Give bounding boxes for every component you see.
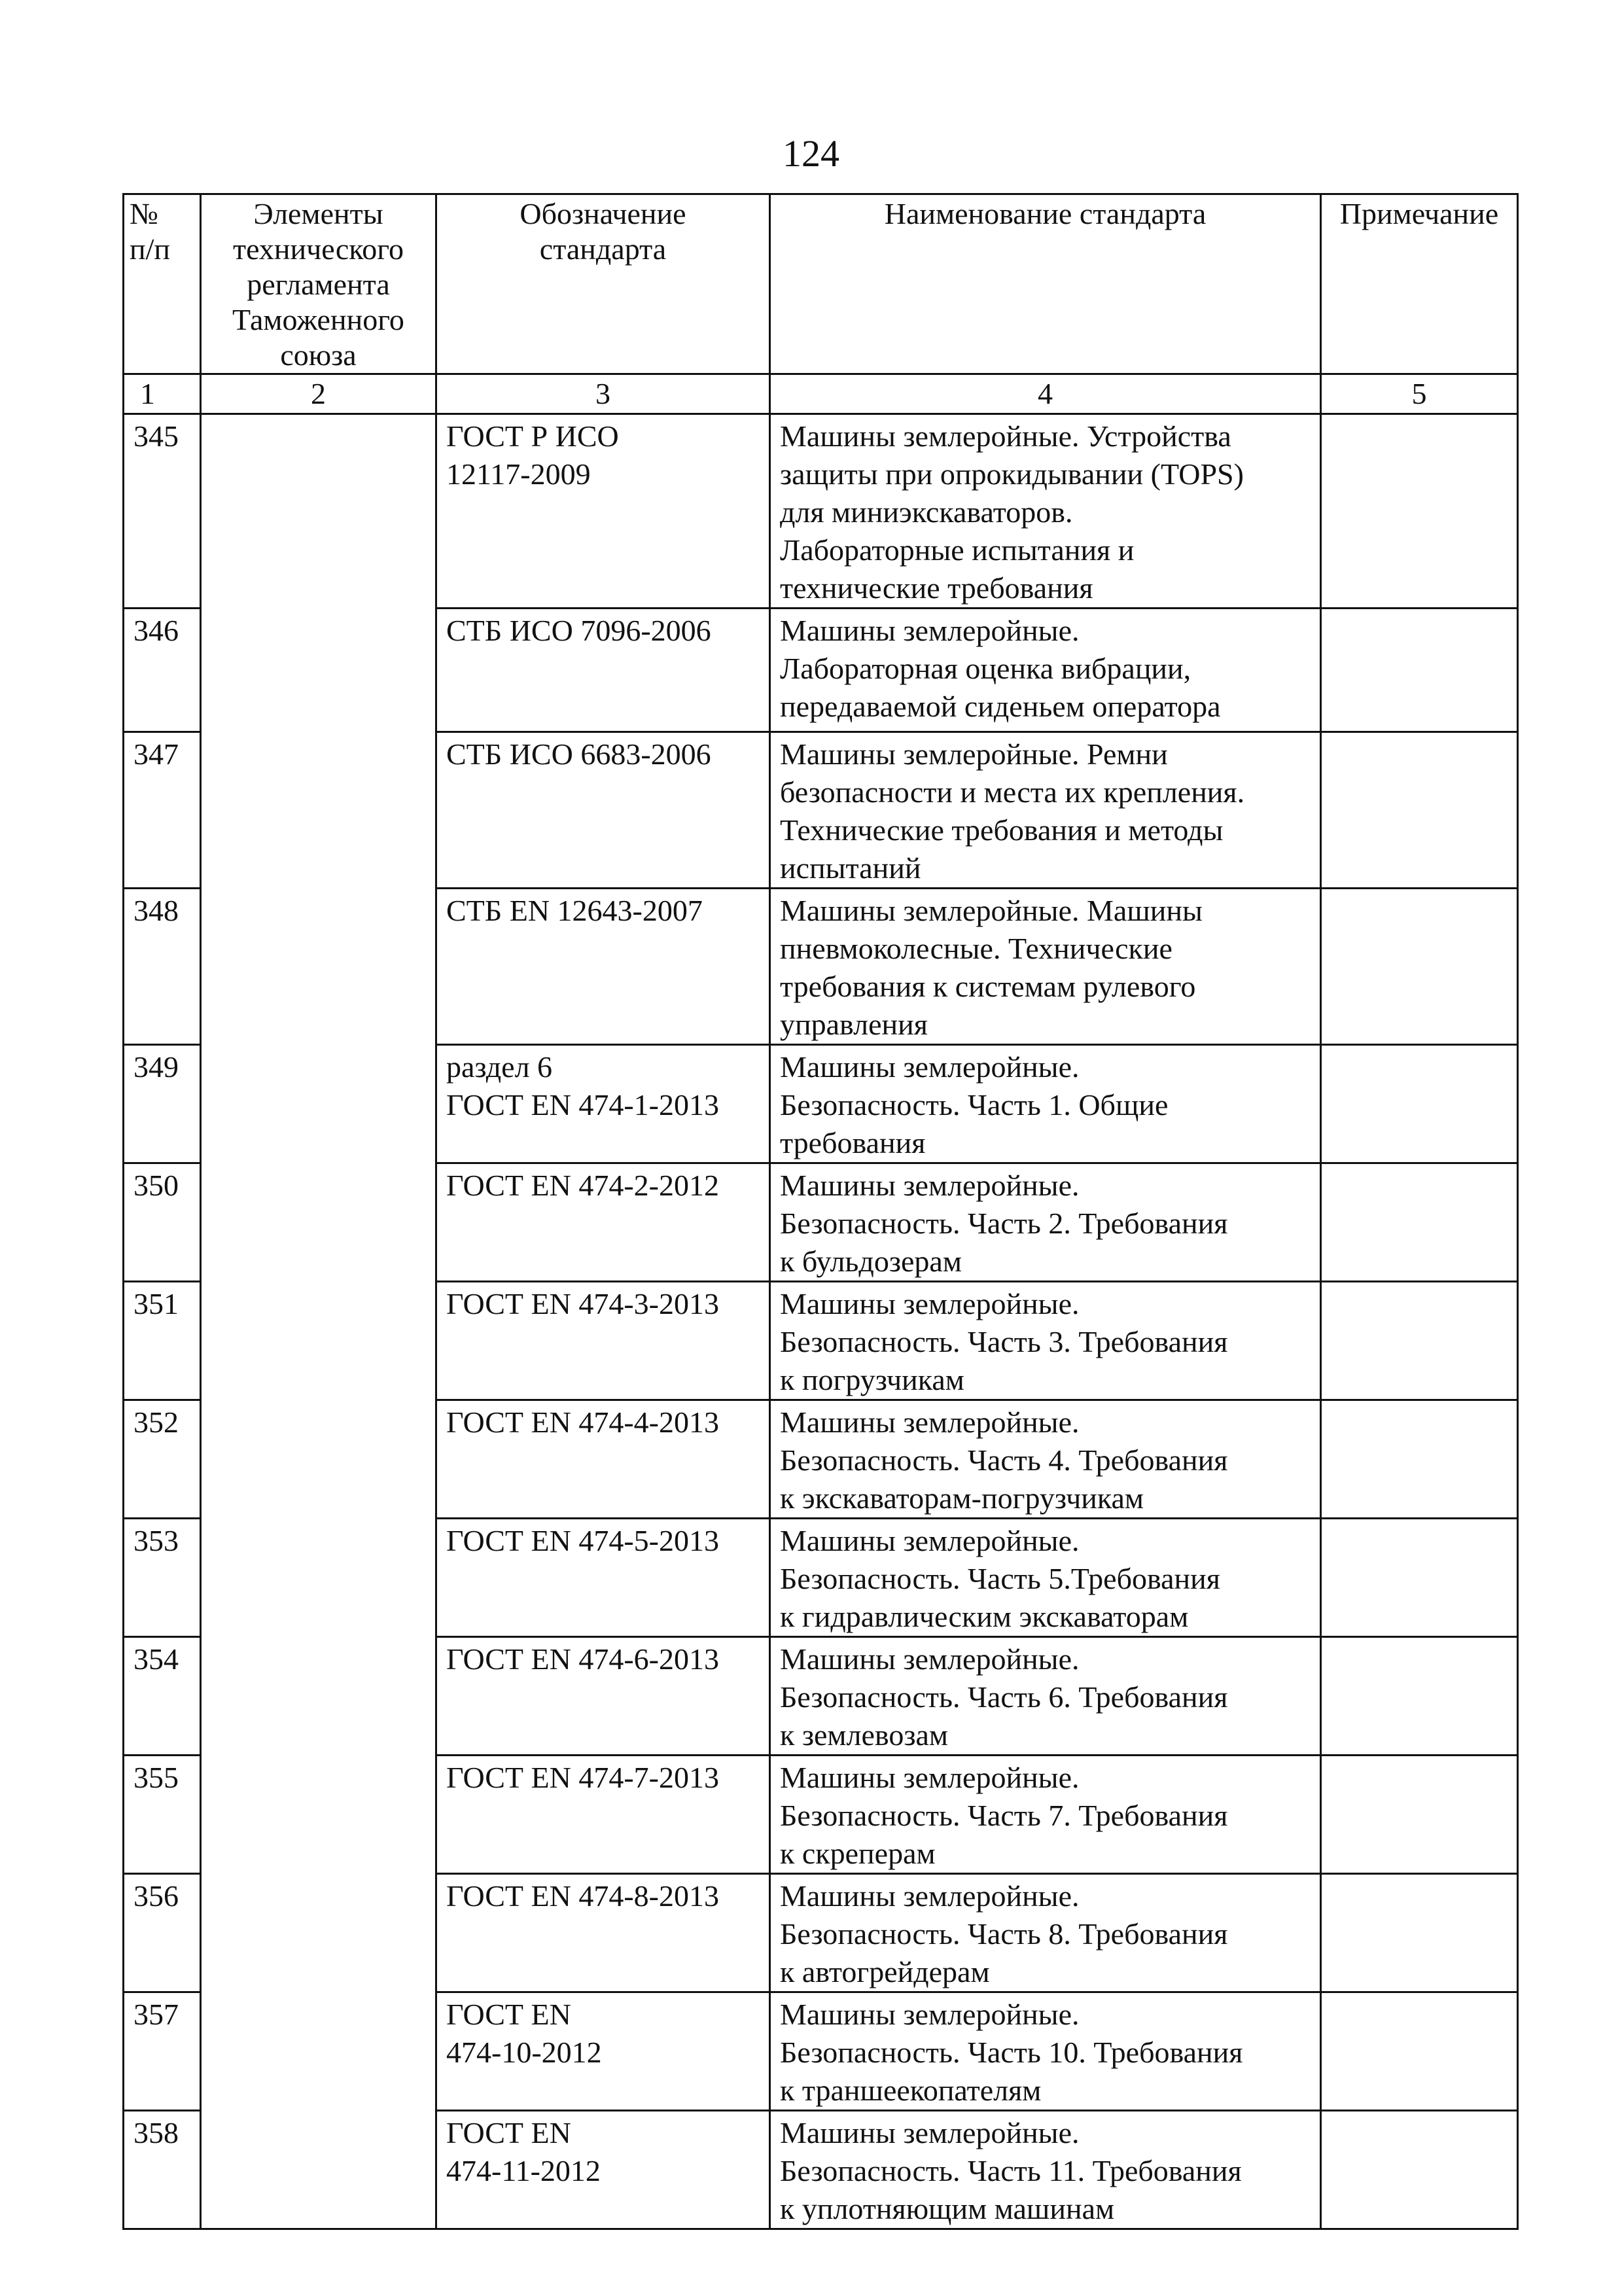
row-number: 351 [124,1282,201,1400]
text-line: Безопасность. Часть 1. Общие [780,1086,1311,1124]
standard-name: Машины землеройные.Безопасность. Часть 3… [770,1282,1321,1400]
column-number: 5 [1321,374,1518,414]
text-line: раздел 6 [446,1048,760,1086]
standard-name: Машины землеройные.Безопасность. Часть 1… [770,2111,1321,2229]
header-standard-name: Наименование стандарта [770,194,1321,374]
text-line: передаваемой сиденьем оператора [780,688,1311,726]
text-line: технические требования [780,569,1311,607]
text-line: пневмоколесные. Технические [780,930,1311,968]
note-cell [1321,1874,1518,1992]
text-line: к гидравлическим экскаваторам [780,1598,1311,1636]
note-cell [1321,1163,1518,1282]
text-line: Лабораторная оценка вибрации, [780,650,1311,688]
text-line: ГОСТ EN 474-3-2013 [446,1285,760,1323]
text-line: технического [211,232,426,267]
text-line: № [130,196,190,232]
text-line: ГОСТ EN 474-1-2013 [446,1086,760,1124]
text-line: управления [780,1006,1311,1044]
text-line: требования к системам рулевого [780,968,1311,1006]
text-line: Таможенного [211,302,426,338]
text-line: ГОСТ EN 474-2-2012 [446,1167,760,1205]
text-line: Машины землеройные. Устройства [780,417,1311,455]
text-line: ГОСТ Р ИСО [446,417,760,455]
standard-name: Машины землеройные. Ремнибезопасности и … [770,732,1321,889]
standard-designation: ГОСТ EN 474-3-2013 [436,1282,770,1400]
standard-designation: ГОСТ EN 474-4-2013 [436,1400,770,1519]
standard-designation: ГОСТ Р ИСО12117-2009 [436,414,770,609]
text-line: Машины землеройные. [780,1522,1311,1560]
column-number: 3 [436,374,770,414]
row-number: 356 [124,1874,201,1992]
text-line: ГОСТ EN [446,1996,760,2034]
text-line: защиты при опрокидывании (TOPS) [780,455,1311,493]
text-line: союза [211,338,426,373]
text-line: Машины землеройные. Ремни [780,735,1311,773]
text-line: Наименование стандарта [780,196,1311,232]
text-line: 474-10-2012 [446,2034,760,2072]
standard-name: Машины землеройные.Безопасность. Часть 5… [770,1519,1321,1637]
text-line: ГОСТ EN 474-6-2013 [446,1640,760,1678]
row-number: 350 [124,1163,201,1282]
row-number: 354 [124,1637,201,1756]
note-cell [1321,1400,1518,1519]
page-number: 124 [0,131,1622,177]
note-cell [1321,1282,1518,1400]
column-number: 2 [201,374,436,414]
text-line: СТБ EN 12643-2007 [446,892,760,930]
note-cell [1321,414,1518,609]
text-line: Безопасность. Часть 10. Требования [780,2034,1311,2072]
text-line: Машины землеройные. [780,1996,1311,2034]
standard-designation: ГОСТ EN 474-5-2013 [436,1519,770,1637]
standards-table: №п/п ЭлементытехническогорегламентаТамож… [122,193,1519,2230]
text-line: Безопасность. Часть 8. Требования [780,1915,1311,1953]
row-number: 355 [124,1756,201,1874]
standard-name: Машины землеройные.Безопасность. Часть 4… [770,1400,1321,1519]
standard-name: Машины землеройные.Безопасность. Часть 6… [770,1637,1321,1756]
note-cell [1321,1519,1518,1637]
text-line: к скреперам [780,1835,1311,1873]
table-body: 345ГОСТ Р ИСО12117-2009Машины землеройны… [124,414,1518,2229]
row-number: 348 [124,889,201,1045]
text-line: стандарта [446,232,760,267]
text-line: Безопасность. Часть 5.Требования [780,1560,1311,1598]
text-line: к бульдозерам [780,1243,1311,1280]
standard-designation: раздел 6ГОСТ EN 474-1-2013 [436,1045,770,1163]
text-line: СТБ ИСО 6683-2006 [446,735,760,773]
standard-designation: СТБ ИСО 7096-2006 [436,609,770,732]
text-line: к уплотняющим машинам [780,2190,1311,2228]
text-line: Безопасность. Часть 3. Требования [780,1323,1311,1361]
column-number: 1 [124,374,201,414]
note-cell [1321,1992,1518,2111]
standard-designation: ГОСТ EN 474-7-2013 [436,1756,770,1874]
text-line: Машины землеройные. [780,1167,1311,1205]
text-line: безопасности и места их крепления. [780,773,1311,811]
text-line: к землевозам [780,1716,1311,1754]
row-number: 358 [124,2111,201,2229]
text-line: ГОСТ EN 474-5-2013 [446,1522,760,1560]
header-note: Примечание [1321,194,1518,374]
note-cell [1321,732,1518,889]
column-number-row: 1 2 3 4 5 [124,374,1518,414]
text-line: 474-11-2012 [446,2152,760,2190]
standard-designation: СТБ ИСО 6683-2006 [436,732,770,889]
text-line: Машины землеройные. [780,1285,1311,1323]
standard-name: Машины землеройные.Безопасность. Часть 2… [770,1163,1321,1282]
row-number: 357 [124,1992,201,2111]
text-line: п/п [130,232,190,267]
row-number: 345 [124,414,201,609]
text-line: 12117-2009 [446,455,760,493]
text-line: Машины землеройные. [780,2114,1311,2152]
text-line: Безопасность. Часть 6. Требования [780,1678,1311,1716]
standard-designation: СТБ EN 12643-2007 [436,889,770,1045]
note-cell [1321,1045,1518,1163]
regulation-element-cell [201,414,436,2229]
text-line: СТБ ИСО 7096-2006 [446,612,760,650]
table-row: 345ГОСТ Р ИСО12117-2009Машины землеройны… [124,414,1518,609]
text-line: Элементы [211,196,426,232]
standard-name: Машины землеройные. Машиныпневмоколесные… [770,889,1321,1045]
text-line: Безопасность. Часть 7. Требования [780,1797,1311,1835]
text-line: Машины землеройные. [780,1048,1311,1086]
text-line: Машины землеройные. [780,1640,1311,1678]
standard-designation: ГОСТ EN 474-2-2012 [436,1163,770,1282]
text-line: к траншеекопателям [780,2072,1311,2110]
header-number: №п/п [124,194,201,374]
note-cell [1321,1756,1518,1874]
text-line: регламента [211,267,426,302]
text-line: Примечание [1331,196,1507,232]
standard-designation: ГОСТ EN474-10-2012 [436,1992,770,2111]
text-line: Технические требования и методы [780,811,1311,849]
text-line: к автогрейдерам [780,1953,1311,1991]
header-elements: ЭлементытехническогорегламентаТаможенног… [201,194,436,374]
note-cell [1321,889,1518,1045]
text-line: требования [780,1124,1311,1162]
text-line: Безопасность. Часть 11. Требования [780,2152,1311,2190]
table-header-row: №п/п ЭлементытехническогорегламентаТамож… [124,194,1518,374]
text-line: Машины землеройные. [780,1877,1311,1915]
standard-name: Машины землеройные.Безопасность. Часть 1… [770,1992,1321,2111]
standard-designation: ГОСТ EN474-11-2012 [436,2111,770,2229]
standard-name: Машины землеройные.Безопасность. Часть 8… [770,1874,1321,1992]
note-cell [1321,2111,1518,2229]
text-line: Безопасность. Часть 2. Требования [780,1205,1311,1243]
text-line: Лабораторные испытания и [780,531,1311,569]
text-line: Обозначение [446,196,760,232]
standard-designation: ГОСТ EN 474-8-2013 [436,1874,770,1992]
text-line: ГОСТ EN 474-7-2013 [446,1759,760,1797]
text-line: Машины землеройные. Машины [780,892,1311,930]
text-line: Машины землеройные. [780,612,1311,650]
standard-name: Машины землеройные.Лабораторная оценка в… [770,609,1321,732]
standard-name: Машины землеройные. Устройствазащиты при… [770,414,1321,609]
row-number: 347 [124,732,201,889]
text-line: ГОСТ EN [446,2114,760,2152]
text-line: ГОСТ EN 474-4-2013 [446,1404,760,1441]
column-number: 4 [770,374,1321,414]
row-number: 353 [124,1519,201,1637]
standard-name: Машины землеройные.Безопасность. Часть 1… [770,1045,1321,1163]
text-line: Машины землеройные. [780,1759,1311,1797]
note-cell [1321,609,1518,732]
row-number: 352 [124,1400,201,1519]
note-cell [1321,1637,1518,1756]
standard-designation: ГОСТ EN 474-6-2013 [436,1637,770,1756]
text-line: Машины землеройные. [780,1404,1311,1441]
row-number: 346 [124,609,201,732]
standard-name: Машины землеройные.Безопасность. Часть 7… [770,1756,1321,1874]
text-line: к погрузчикам [780,1361,1311,1399]
text-line: к экскаваторам-погрузчикам [780,1479,1311,1517]
header-designation: Обозначениестандарта [436,194,770,374]
text-line: Безопасность. Часть 4. Требования [780,1441,1311,1479]
row-number: 349 [124,1045,201,1163]
text-line: ГОСТ EN 474-8-2013 [446,1877,760,1915]
text-line: испытаний [780,849,1311,887]
text-line: для миниэкскаваторов. [780,493,1311,531]
